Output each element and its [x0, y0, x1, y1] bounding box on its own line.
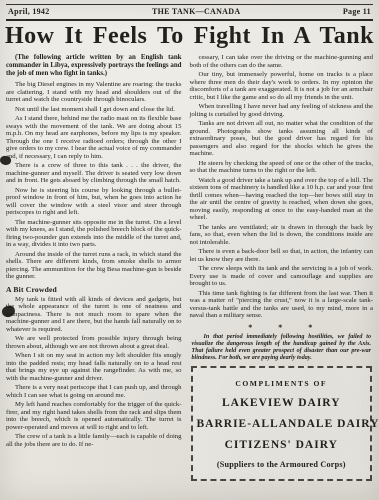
editor-intro-note: (The following article written by an Eng… [6, 54, 182, 77]
paragraph: Around the inside of the turret runs a r… [6, 251, 182, 281]
editorial-note: In that period immediately following hos… [190, 334, 374, 363]
paragraph: The machine-gunner sits opposite me in t… [6, 219, 182, 249]
article-body: (The following article written by an Eng… [0, 51, 379, 481]
paragraph: My tank is fitted with all kinds of devi… [6, 296, 182, 334]
paragraph: He steers by checking the speed of one o… [190, 160, 374, 175]
advert-tagline: (Suppliers to the Armoured Corps) [197, 460, 367, 469]
paragraph: There is a very neat periscope that I ca… [6, 384, 182, 399]
masthead-page-number: Page 11 [343, 7, 371, 16]
paragraph: cessary, I can take over the driving or … [190, 54, 374, 69]
paragraph: The crew sleeps with its tank and the se… [190, 265, 374, 288]
paragraph: The big Diesel engines in my Valentine a… [6, 81, 182, 104]
paragraph: Not until the last moment shall I get do… [6, 106, 182, 114]
left-column: (The following article written by an Eng… [6, 54, 182, 481]
headline: How It Feels To Fight In A Tank [5, 24, 374, 49]
paragraph: There is even a back-door bell so that, … [190, 248, 374, 263]
masthead-date: April, 1942 [8, 7, 50, 16]
dairy-advert-box: COMPLIMENTS OF LAKEVIEW DAIRY BARRIE-ALL… [191, 366, 373, 481]
advert-dairy-name: CITIZENS' DAIRY [197, 439, 367, 451]
paragraph: There is a crew of three to this tank . … [6, 162, 182, 185]
paragraph: Tanks are not driven all out, no matter … [190, 120, 374, 158]
paragraph: We are well protected from possible inju… [6, 335, 182, 350]
paragraph: As I stand there, behind me the radio ma… [6, 115, 182, 160]
masthead-title: THE TANK—CANADA [152, 7, 240, 16]
masthead: April, 1942 THE TANK—CANADA Page 11 [6, 4, 373, 21]
paragraph: Watch a good driver take a tank up and o… [190, 177, 374, 222]
advert-dairy-name: LAKEVIEW DAIRY [197, 397, 367, 409]
advert-compliments: COMPLIMENTS OF [197, 379, 367, 388]
paragraph: This time tank fighting is far different… [190, 290, 374, 320]
paragraph: The crew of a tank is a little family—ea… [6, 433, 182, 448]
paragraph: Now he is steering his course by looking… [6, 187, 182, 217]
newspaper-page: April, 1942 THE TANK—CANADA Page 11 How … [0, 0, 379, 500]
asterisk-separator: * * * [190, 323, 374, 332]
paragraph: My left hand reaches comfortably for the… [6, 401, 182, 431]
subhead-a-bit-crowded: A Bit Crowded [6, 285, 182, 294]
advert-dairy-name: BARRIE-ALLANDALE DAIRY [197, 418, 367, 430]
paragraph: Our tiny, but immensely powerful, home o… [190, 71, 374, 101]
paragraph: The tanks are ventilated; air is drawn i… [190, 224, 374, 247]
paragraph: When travelling I have never had any fee… [190, 103, 374, 118]
right-column: cessary, I can take over the driving or … [190, 54, 374, 481]
paragraph: When I sit on my seat in action my left … [6, 352, 182, 382]
